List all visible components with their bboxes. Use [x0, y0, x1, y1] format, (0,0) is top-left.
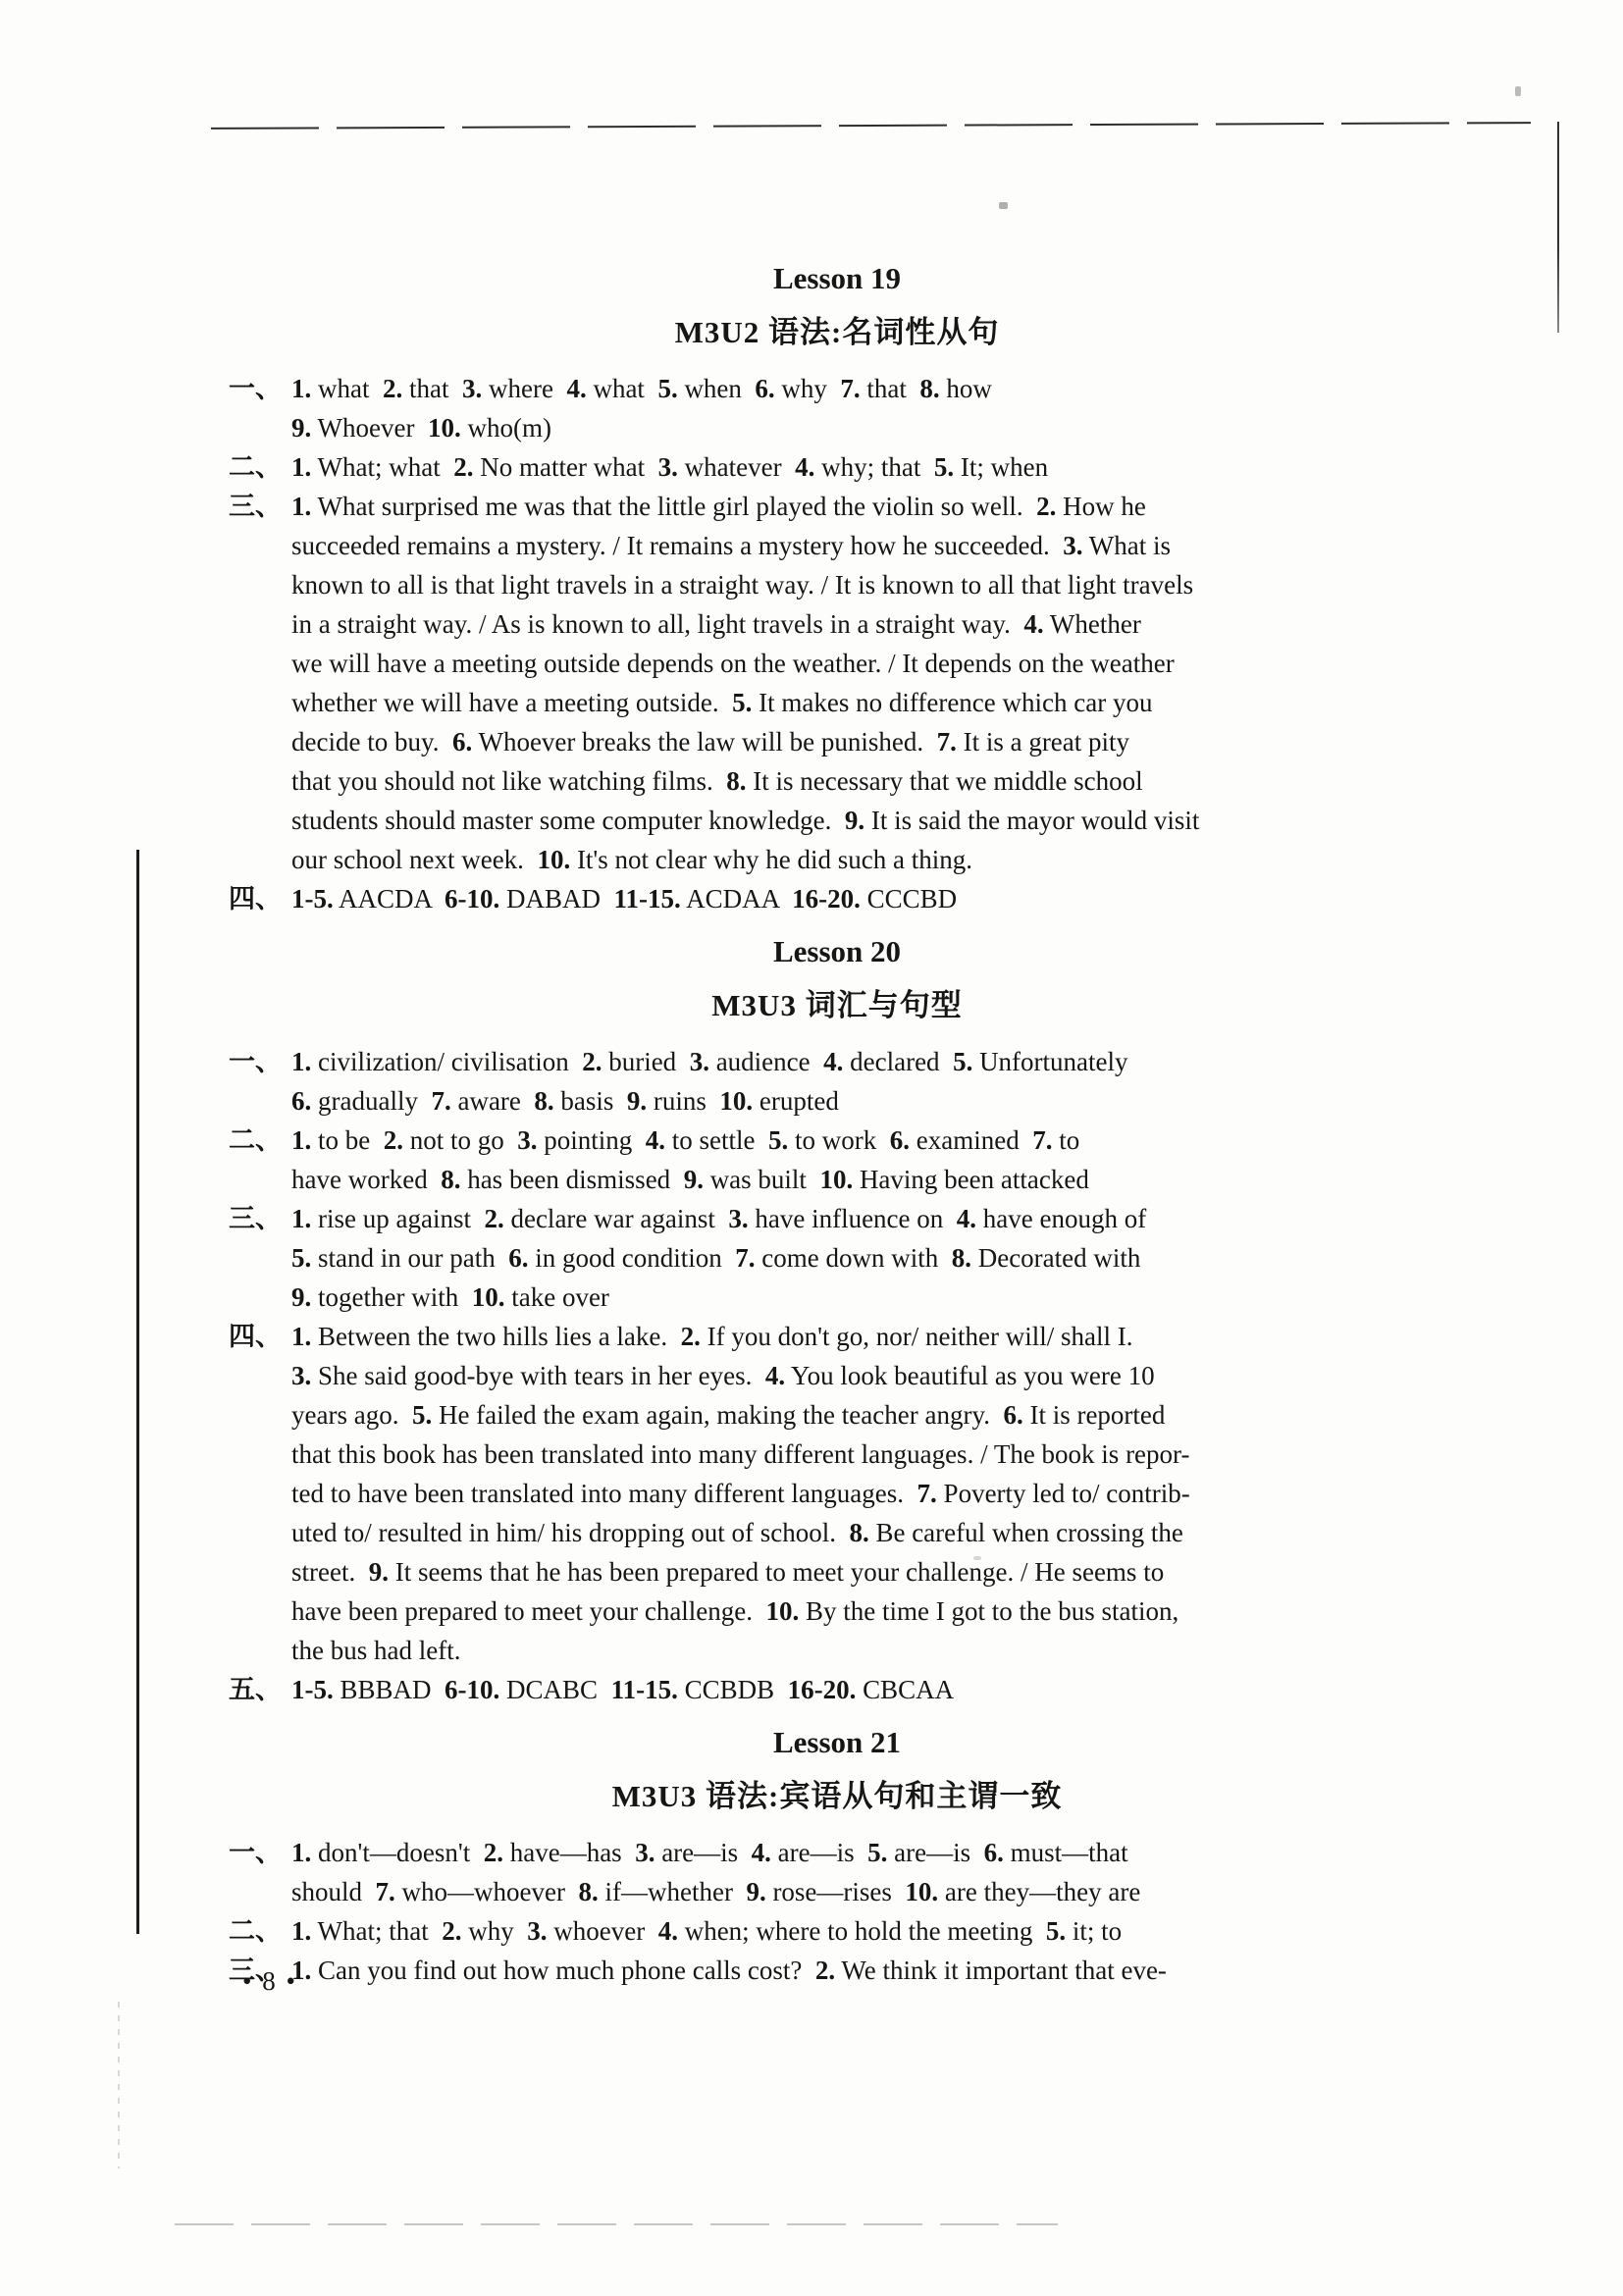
section-marker: 一、: [229, 369, 291, 447]
lesson-20-section: Lesson 20 M3U3 词汇与句型 一、 1. civilization/…: [229, 930, 1445, 1709]
section-marker: 三、: [229, 1199, 291, 1317]
answer-text: 1. Can you find out how much phone calls…: [291, 1951, 1445, 1990]
lesson-21-title: Lesson 21: [229, 1721, 1445, 1764]
answer-block: 三、 1. rise up against 2. declare war aga…: [229, 1199, 1445, 1317]
lesson-21-section: Lesson 21 M3U3 语法:宾语从句和主谓一致 一、 1. don't—…: [229, 1721, 1445, 1990]
answer-text: 1. what 2. that 3. where 4. what 5. when…: [291, 369, 1445, 447]
section-marker: 二、: [229, 1911, 291, 1951]
answer-text: 1. What; what 2. No matter what 3. whate…: [291, 447, 1445, 487]
page-number: • 8 •: [242, 1966, 297, 1997]
answer-block: 一、 1. what 2. that 3. where 4. what 5. w…: [229, 369, 1445, 447]
section-marker: 四、: [229, 1317, 291, 1670]
answer-block: 二、 1. to be 2. not to go 3. pointing 4. …: [229, 1121, 1445, 1199]
answer-block: 一、 1. don't—doesn't 2. have—has 3. are—i…: [229, 1833, 1445, 1911]
lesson-20-title: Lesson 20: [229, 930, 1445, 973]
answer-text: 1. What; that 2. why 3. whoever 4. when;…: [291, 1911, 1445, 1951]
answer-block: 三、 1. What surprised me was that the lit…: [229, 487, 1445, 879]
lesson-19-subtitle: M3U2 语法:名词性从句: [229, 310, 1445, 355]
scan-right-edge-line: [1557, 122, 1559, 333]
scan-left-fold-line: [136, 850, 139, 1934]
answer-text: 1. Between the two hills lies a lake. 2.…: [291, 1317, 1445, 1670]
answer-block: 三、 1. Can you find out how much phone ca…: [229, 1951, 1445, 1990]
answer-text: 1. rise up against 2. declare war agains…: [291, 1199, 1445, 1317]
lesson-20-subtitle: M3U3 词汇与句型: [229, 983, 1445, 1028]
answer-key-content: Lesson 19 M3U2 语法:名词性从句 一、 1. what 2. th…: [229, 257, 1445, 1990]
answer-block: 一、 1. civilization/ civilisation 2. buri…: [229, 1042, 1445, 1121]
section-marker: 一、: [229, 1042, 291, 1121]
answer-text: 1-5. BBBAD 6-10. DCABC 11-15. CCBDB 16-2…: [291, 1670, 1445, 1709]
answer-text: 1-5. AACDA 6-10. DABAD 11-15. ACDAA 16-2…: [291, 879, 1445, 918]
lesson-21-subtitle: M3U3 语法:宾语从句和主谓一致: [229, 1774, 1445, 1819]
answer-text: 1. to be 2. not to go 3. pointing 4. to …: [291, 1121, 1445, 1199]
scan-bottom-dotted-line: [118, 2002, 120, 2168]
scan-bottom-edge-line: [175, 2223, 1058, 2225]
answer-text: 1. don't—doesn't 2. have—has 3. are—is 4…: [291, 1833, 1445, 1911]
lesson-19-title: Lesson 19: [229, 257, 1445, 300]
section-marker: 二、: [229, 447, 291, 487]
lesson-19-section: Lesson 19 M3U2 语法:名词性从句 一、 1. what 2. th…: [229, 257, 1445, 918]
scan-top-edge-line: [211, 122, 1531, 130]
scan-speck: [999, 202, 1008, 209]
section-marker: 五、: [229, 1670, 291, 1709]
section-marker: 四、: [229, 879, 291, 918]
scan-speck: [1515, 86, 1521, 96]
answer-text: 1. What surprised me was that the little…: [291, 487, 1445, 879]
answer-block: 四、 1. Between the two hills lies a lake.…: [229, 1317, 1445, 1670]
section-marker: 二、: [229, 1121, 291, 1199]
answer-text: 1. civilization/ civilisation 2. buried …: [291, 1042, 1445, 1121]
section-marker: 一、: [229, 1833, 291, 1911]
answer-block: 二、 1. What; what 2. No matter what 3. wh…: [229, 447, 1445, 487]
answer-block: 五、 1-5. BBBAD 6-10. DCABC 11-15. CCBDB 1…: [229, 1670, 1445, 1709]
section-marker: 三、: [229, 487, 291, 879]
answer-block: 二、 1. What; that 2. why 3. whoever 4. wh…: [229, 1911, 1445, 1951]
answer-block: 四、 1-5. AACDA 6-10. DABAD 11-15. ACDAA 1…: [229, 879, 1445, 918]
scanned-answer-page: Lesson 19 M3U2 语法:名词性从句 一、 1. what 2. th…: [0, 0, 1623, 2296]
